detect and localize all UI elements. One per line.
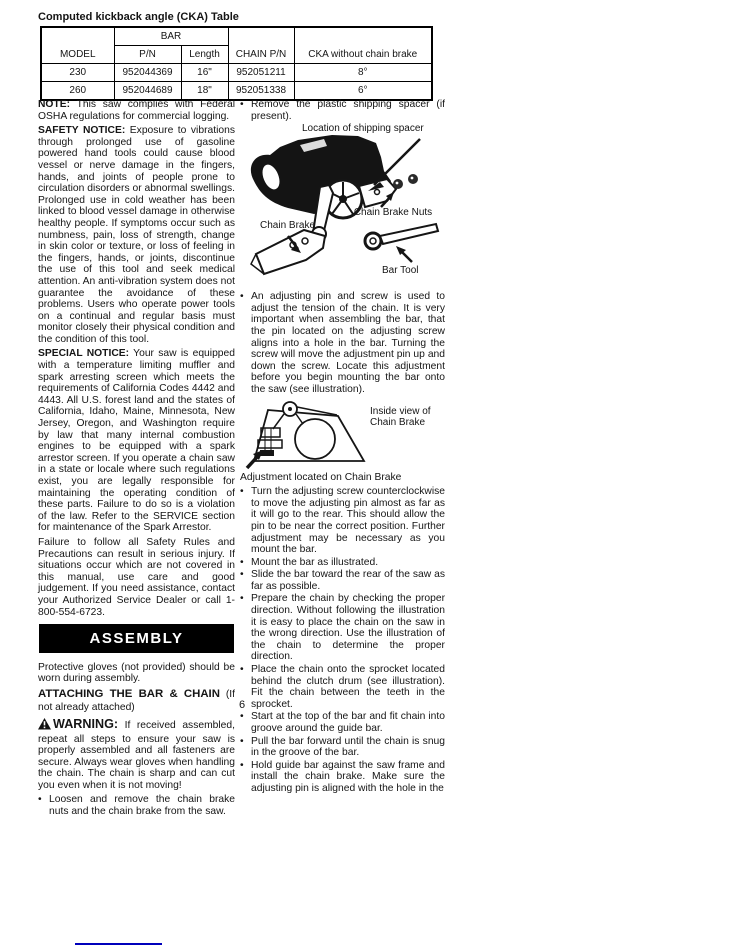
list-item: •Mount the bar as illustrated. <box>240 557 445 569</box>
list-item: •Start at the top of the bar and fit cha… <box>240 711 445 734</box>
figure1-label-bar-tool: Bar Tool <box>382 265 419 276</box>
manual-page: Computed kickback angle (CKA) Table MODE… <box>0 0 734 950</box>
bullet-text: Prepare the chain by checking the proper… <box>251 593 445 663</box>
cell-model: 260 <box>41 82 114 101</box>
figure2-label-inside-view: Inside view of Chain Brake <box>370 406 442 428</box>
scan-artifact-line <box>75 943 162 945</box>
col-header-model: MODEL <box>41 27 114 64</box>
special-notice-text: Your saw is equipped with a temperature … <box>38 348 235 533</box>
safety-notice-text: Exposure to vibrations through prolonged… <box>38 125 235 345</box>
cell-bar-length: 18" <box>181 82 228 101</box>
left-column: NOTE: This saw complies with Federal OSH… <box>38 99 235 819</box>
list-item: •Slide the bar toward the rear of the sa… <box>240 569 445 592</box>
bullet-marker: • <box>240 593 251 663</box>
figure1-label-nuts: Chain Brake Nuts <box>352 207 434 218</box>
attaching-heading-text: ATTACHING THE BAR & CHAIN <box>38 688 220 700</box>
bullet-text: Place the chain onto the sprocket locate… <box>251 664 445 710</box>
list-item: •Hold guide bar against the saw frame an… <box>240 760 445 795</box>
col-header-bar-pn: P/N <box>114 46 181 64</box>
safety-notice-label: SAFETY NOTICE: <box>38 125 125 136</box>
cell-bar-pn: 952044369 <box>114 64 181 82</box>
list-item: •Remove the plastic shipping spacer (if … <box>240 99 445 122</box>
bullet-marker: • <box>240 557 251 569</box>
list-item: •Pull the bar forward until the chain is… <box>240 736 445 759</box>
warning-paragraph: WARNING: If received assembled, repeat a… <box>38 718 235 792</box>
figure-chain-brake-inside: Inside view of Chain Brake <box>240 398 445 472</box>
list-item: •Prepare the chain by checking the prope… <box>240 593 445 663</box>
attaching-heading: ATTACHING THE BAR & CHAIN (If not alread… <box>38 688 235 714</box>
bullet-loosen-text: Loosen and remove the chain brake nuts a… <box>49 794 235 817</box>
list-item: •Turn the adjusting screw counterclockwi… <box>240 486 445 556</box>
cell-cka: 8° <box>294 64 432 82</box>
cell-model: 230 <box>41 64 114 82</box>
bullet-text: Start at the top of the bar and fit chai… <box>251 711 445 734</box>
cell-chain-pn: 952051211 <box>228 64 294 82</box>
bullet-marker: • <box>240 486 251 556</box>
col-header-bar-group: BAR <box>114 27 228 46</box>
list-item: •Loosen and remove the chain brake nuts … <box>38 794 235 817</box>
bullet-text: Slide the bar toward the rear of the saw… <box>251 569 445 592</box>
list-item: •Place the chain onto the sprocket locat… <box>240 664 445 710</box>
bullet-marker: • <box>240 736 251 759</box>
bullet-text: Turn the adjusting screw counterclockwis… <box>251 486 445 556</box>
gloves-paragraph: Protective gloves (not provided) should … <box>38 662 235 685</box>
table-title: Computed kickback angle (CKA) Table <box>38 11 239 23</box>
cell-cka: 6° <box>294 82 432 101</box>
figure1-label-spacer: Location of shipping spacer <box>302 123 424 134</box>
bullet-remove-text: Remove the plastic shipping spacer (if p… <box>251 99 445 122</box>
right-column: •Remove the plastic shipping spacer (if … <box>240 99 445 796</box>
bullet-text: Pull the bar forward until the chain is … <box>251 736 445 759</box>
cell-bar-pn: 952044689 <box>114 82 181 101</box>
special-notice-paragraph: SPECIAL NOTICE: Your saw is equipped wit… <box>38 348 235 534</box>
warning-icon <box>38 718 51 734</box>
bullet-marker: • <box>38 794 49 817</box>
col-header-cka: CKA without chain brake <box>294 27 432 64</box>
col-header-bar-length: Length <box>181 46 228 64</box>
cell-chain-pn: 952051338 <box>228 82 294 101</box>
assembly-section-banner: ASSEMBLY <box>39 624 234 653</box>
bullet-text: Hold guide bar against the saw frame and… <box>251 760 445 795</box>
col-header-chain-pn: CHAIN P/N <box>228 27 294 64</box>
note-paragraph: NOTE: This saw complies with Federal OSH… <box>38 99 235 122</box>
cell-bar-length: 16" <box>181 64 228 82</box>
table-row: 260 952044689 18" 952051338 6° <box>41 82 432 101</box>
bullet-marker: • <box>240 569 251 592</box>
bullet-marker: • <box>240 99 251 122</box>
bullet-marker: • <box>240 711 251 734</box>
special-notice-label: SPECIAL NOTICE: <box>38 348 129 359</box>
safety-notice-paragraph: SAFETY NOTICE: Exposure to vibrations th… <box>38 125 235 345</box>
table-row: 230 952044369 16" 952051211 8° <box>41 64 432 82</box>
warning-label: WARNING: <box>53 717 118 731</box>
bullet-adjusting-text: An adjusting pin and screw is used to ad… <box>251 291 445 395</box>
bullet-marker: • <box>240 760 251 795</box>
list-item: •An adjusting pin and screw is used to a… <box>240 291 445 395</box>
failure-paragraph: Failure to follow all Safety Rules and P… <box>38 537 235 618</box>
kickback-table: MODEL BAR CHAIN P/N CKA without chain br… <box>40 26 433 101</box>
figure-shipping-spacer: Location of shipping spacer Chain Brake … <box>240 123 445 289</box>
figure1-label-chain-brake: Chain Brake <box>260 220 315 231</box>
bullet-marker: • <box>240 291 251 395</box>
bullet-text: Mount the bar as illustrated. <box>251 557 445 569</box>
note-label: NOTE: <box>38 99 70 110</box>
figure2-caption: Adjustment located on Chain Brake <box>240 472 445 484</box>
page-number: 6 <box>232 699 252 711</box>
